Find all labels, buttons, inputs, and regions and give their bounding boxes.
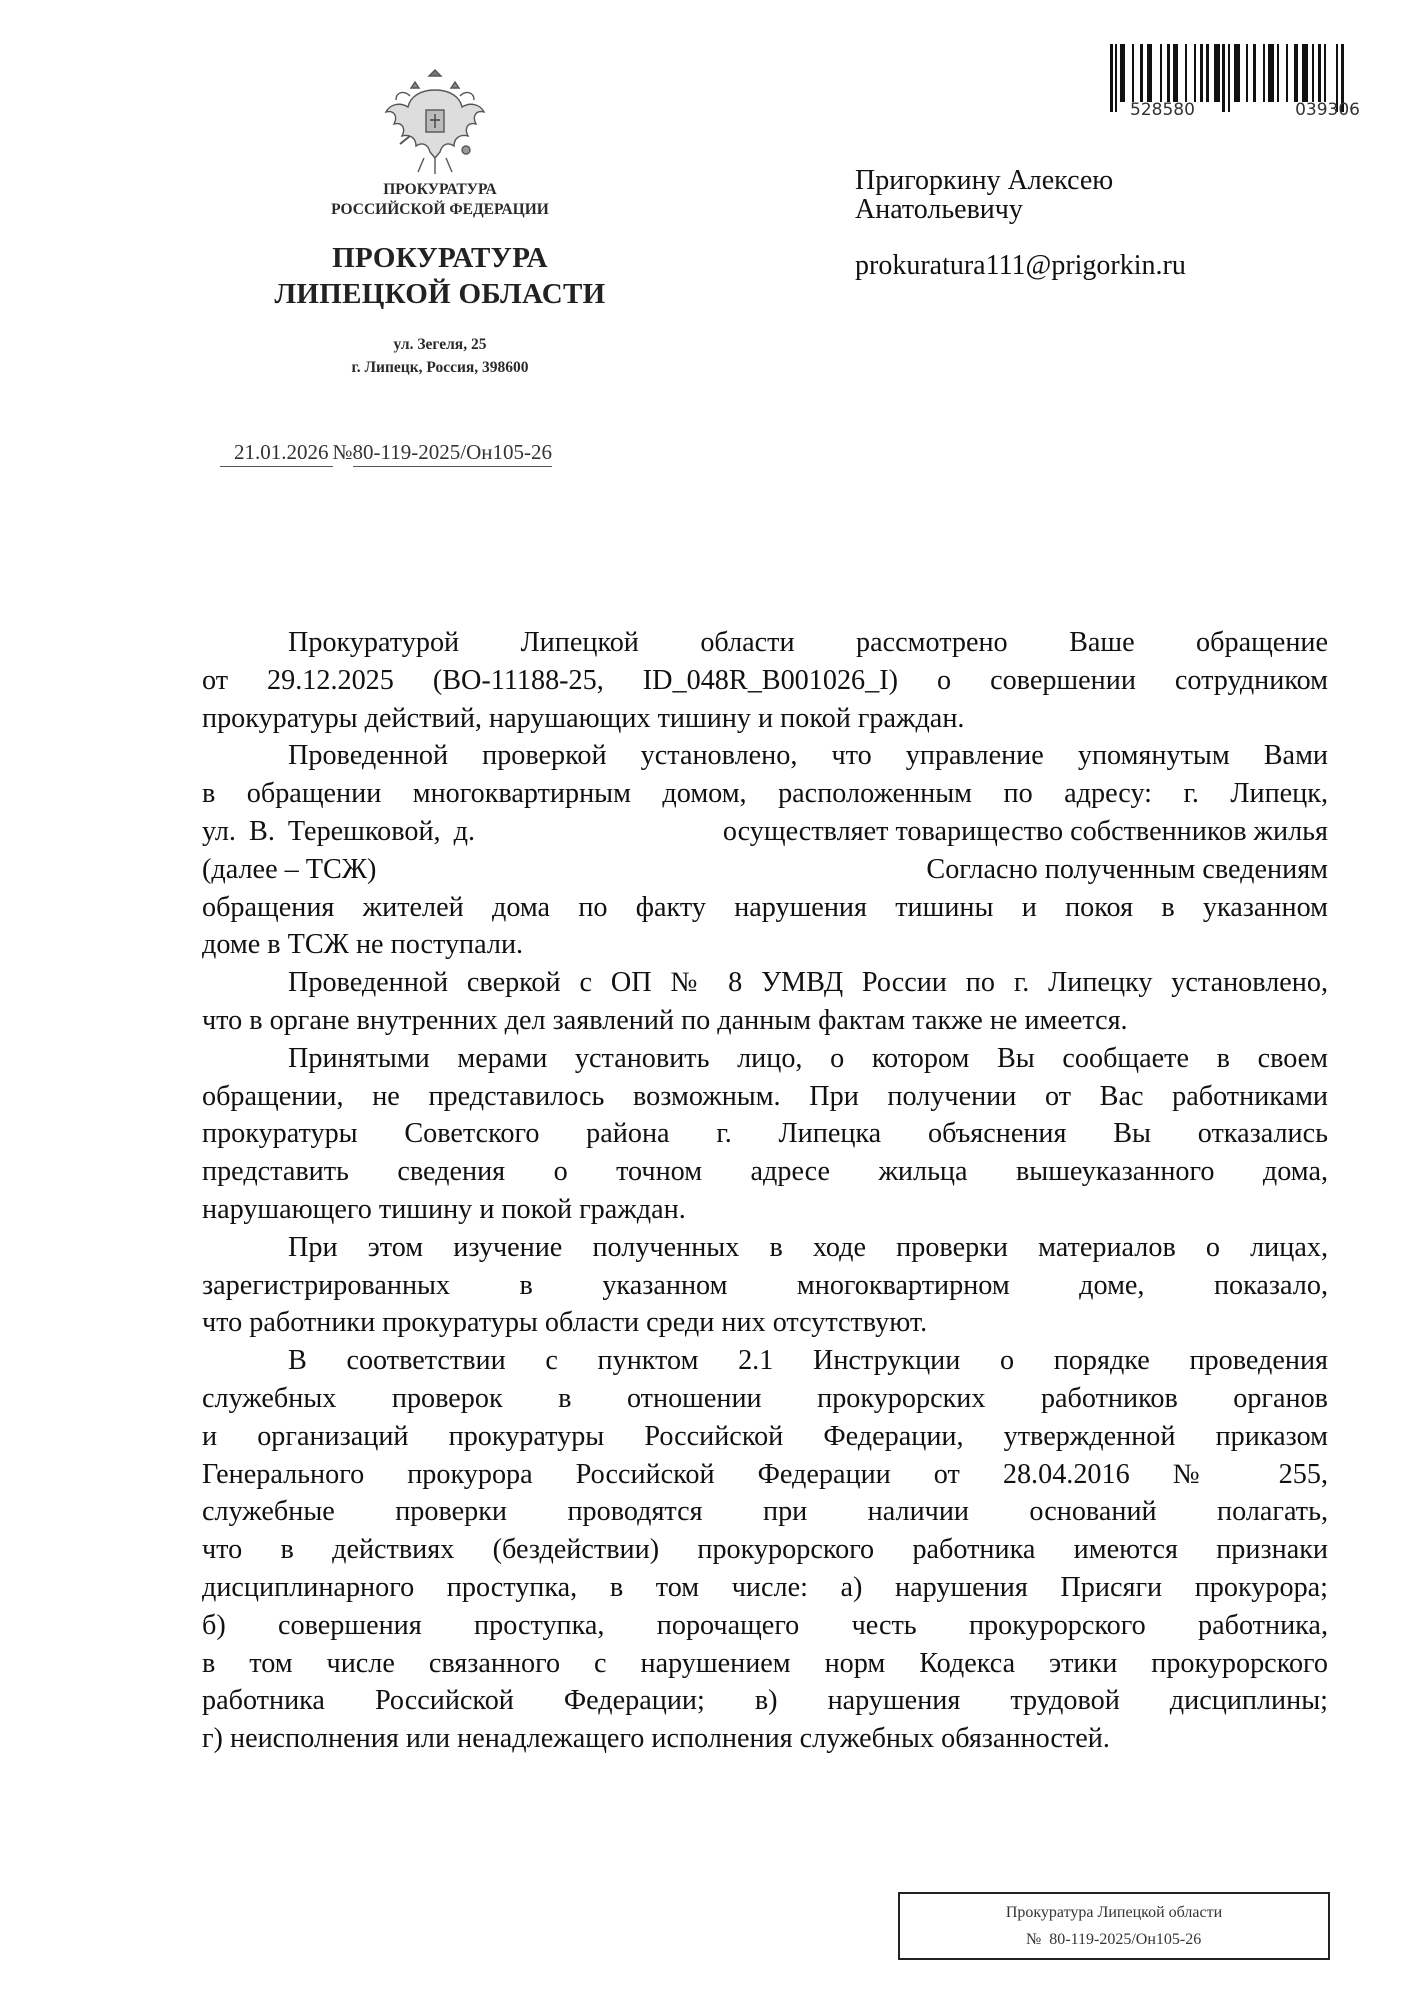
body-line: прокуратуры Советского района г. Липецка… [202,1115,1328,1153]
body-line: в обращении многоквартирным домом, распо… [202,775,1328,813]
org-address-street: ул. Зегеля, 25 [270,333,610,356]
barcode-right-digits: 039306 [1295,100,1360,120]
stamp-number-sign: № [1026,1931,1041,1948]
body-line: прокуратуры действий, нарушающих тишину … [202,700,1328,738]
letter-body: Прокуратурой Липецкой области рассмотрен… [202,624,1328,1758]
recipient-block: Пригоркину Алексею Анатольевичу prokurat… [855,166,1186,280]
coat-of-arms-icon [380,62,490,182]
org-name-line1: ПРОКУРАТУРА [230,240,650,276]
stamp-org: Прокуратура Липецкой области [900,1904,1328,1922]
org-parent-name: ПРОКУРАТУРА РОССИЙСКОЙ ФЕДЕРАЦИИ [270,180,610,220]
body-line: б) совершения проступка, порочащего чест… [202,1607,1328,1645]
stamp-number: 80-119-2025/Он105-26 [1049,1931,1201,1948]
body-line: и организаций прокуратуры Российской Фед… [202,1418,1328,1456]
recipient-name-line1: Пригоркину Алексею [855,166,1186,195]
body-line: зарегистрированных в указанном многоквар… [202,1267,1328,1305]
body-line-part: ул. В. Терешковой, д. [202,813,475,851]
org-address: ул. Зегеля, 25 г. Липецк, Россия, 398600 [270,333,610,379]
body-line: в том числе связанного с нарушением норм… [202,1645,1328,1683]
org-name-line2: ЛИПЕЦКОЙ ОБЛАСТИ [230,276,650,312]
org-parent-line2: РОССИЙСКОЙ ФЕДЕРАЦИИ [270,200,610,220]
recipient-name-line2: Анатольевичу [855,195,1186,224]
registration-date: 21.01.2026 [220,440,333,467]
body-line-part: осуществляет товарищество собственников … [723,813,1328,851]
body-line-part: (далее – ТСЖ) [202,851,376,889]
body-line: что работники прокуратуры области среди … [202,1304,1328,1342]
body-line: обращения жителей дома по факту нарушени… [202,889,1328,927]
body-line: служебных проверок в отношении прокурорс… [202,1380,1328,1418]
body-line: При этом изучение полученных в ходе пров… [202,1229,1328,1267]
registration-number: 80-119-2025/Он105-26 [353,440,552,467]
body-line: служебные проверки проводятся при наличи… [202,1493,1328,1531]
body-line: обращении, не представилось возможным. П… [202,1078,1328,1116]
registration-stamp: Прокуратура Липецкой области № 80-119-20… [898,1892,1330,1960]
body-line: что в органе внутренних дел заявлений по… [202,1002,1328,1040]
body-line: Проведенной проверкой установлено, что у… [202,737,1328,775]
registration-line: 21.01.2026№80-119-2025/Он105-26 [220,440,552,467]
body-line: нарушающего тишину и покой граждан. [202,1191,1328,1229]
body-line: от 29.12.2025 (ВО-11188-25, ID_048R_B001… [202,662,1328,700]
body-line: работника Российской Федерации; в) наруш… [202,1682,1328,1720]
body-line-part: Согласно полученным сведениям [926,851,1328,889]
body-line: Проведенной сверкой с ОП № 8 УМВД России… [202,964,1328,1002]
body-line-redacted: (далее – ТСЖ) Согласно полученным сведен… [202,851,1328,889]
body-line: доме в ТСЖ не поступали. [202,926,1328,964]
recipient-email: prokuratura111@prigorkin.ru [855,251,1186,280]
body-line: представить сведения о точном адресе жил… [202,1153,1328,1191]
body-line: Принятыми мерами установить лицо, о кото… [202,1040,1328,1078]
org-address-city: г. Липецк, Россия, 398600 [270,356,610,379]
body-line: Генерального прокурора Российской Федера… [202,1456,1328,1494]
body-line: Прокуратурой Липецкой области рассмотрен… [202,624,1328,662]
org-name: ПРОКУРАТУРА ЛИПЕЦКОЙ ОБЛАСТИ [230,240,650,312]
barcode-left-digits: 528580 [1130,100,1195,120]
stamp-number-line: № 80-119-2025/Он105-26 [1026,1931,1201,1949]
body-line-redacted: ул. В. Терешковой, д. осуществляет товар… [202,813,1328,851]
org-parent-line1: ПРОКУРАТУРА [270,180,610,200]
number-sign: № [333,440,353,464]
body-line: что в действиях (бездействии) прокурорск… [202,1531,1328,1569]
body-line: дисциплинарного проступка, в том числе: … [202,1569,1328,1607]
barcode-number: 528580 039306 [1130,100,1360,120]
body-line: г) неисполнения или ненадлежащего исполн… [202,1720,1328,1758]
body-line: В соответствии с пунктом 2.1 Инструкции … [202,1342,1328,1380]
